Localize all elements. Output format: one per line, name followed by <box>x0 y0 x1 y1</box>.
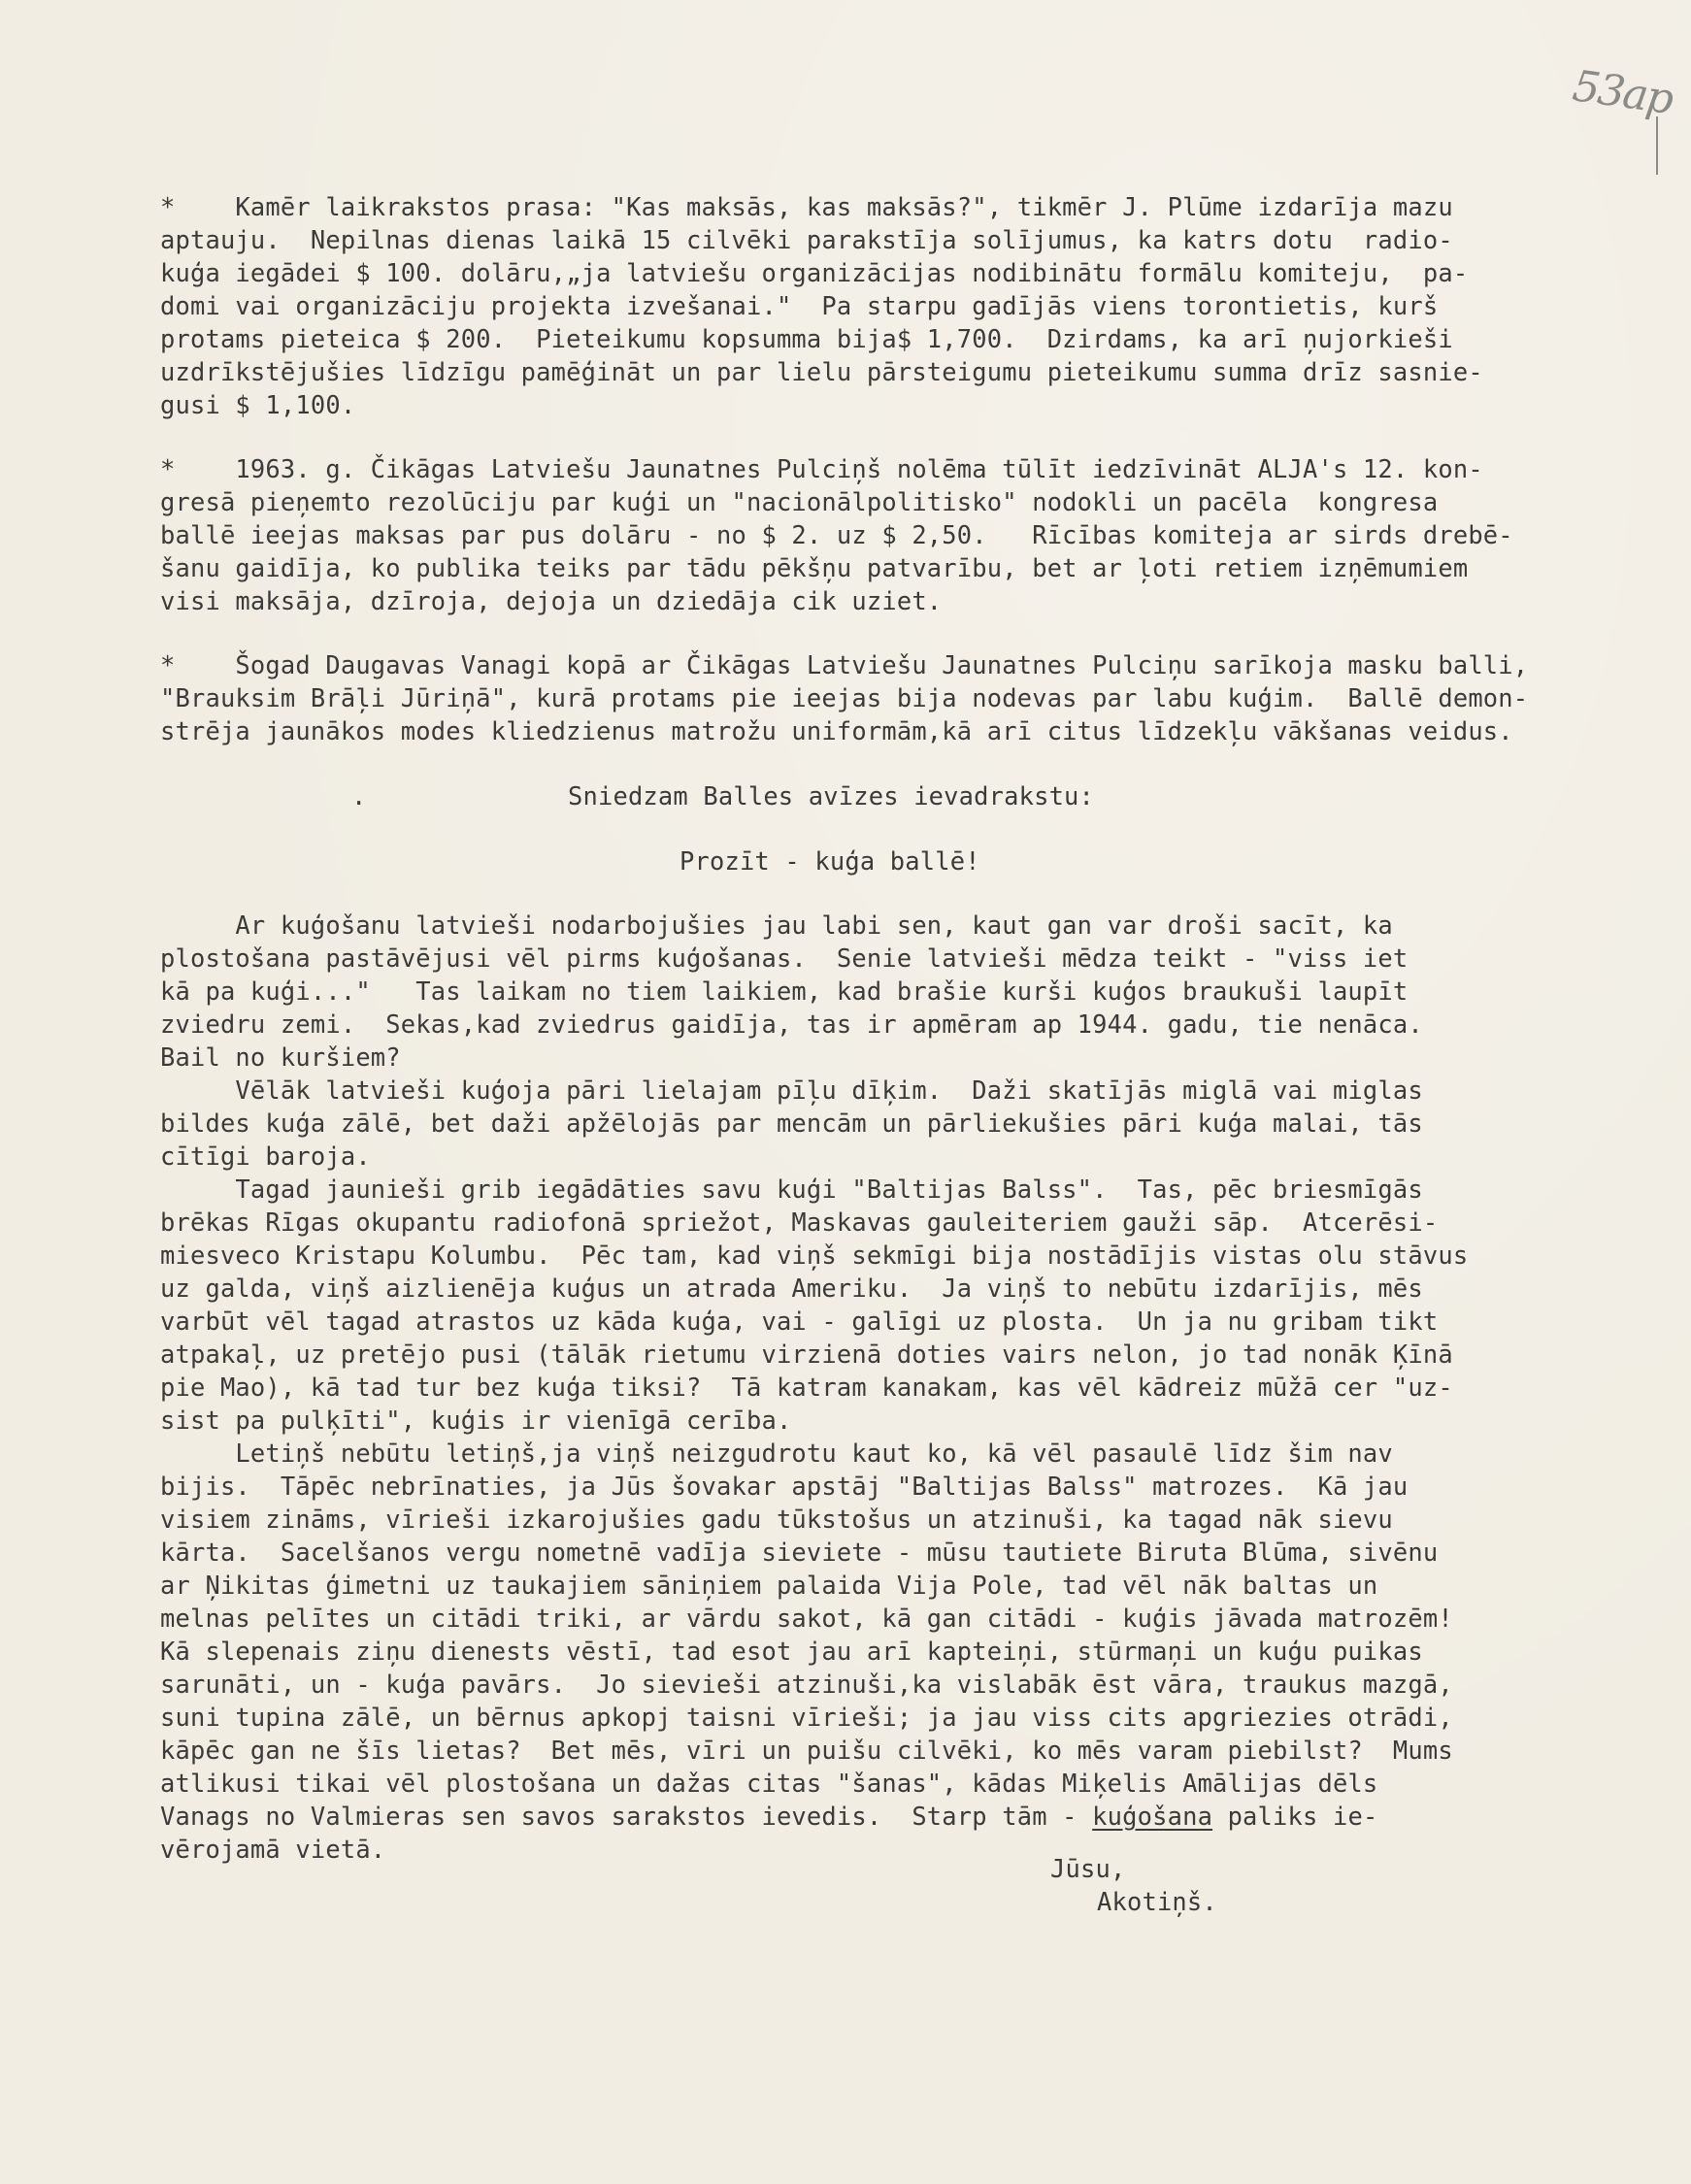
text-line: zviedru zemi. Sekas,kad zviedrus gaidīja… <box>160 1008 1423 1041</box>
note-item-1: * Kamēr laikrakstos prasa: "Kas maksās, … <box>0 0 1691 299</box>
text-line: atpakaļ, uz pretējo pusi (tālāk rietumu … <box>160 1338 1453 1371</box>
text-line: Kā slepenais ziņu dienests vēstī, tad es… <box>160 1635 1423 1668</box>
text-line: Letiņš nebūtu letiņš,ja viņš neizgudrotu… <box>160 1437 1393 1470</box>
text-line: varbūt vēl tagad atrastos uz kāda kuģa, … <box>160 1305 1438 1338</box>
text-line: "Brauksim Brāļi Jūriņā", kurā protams pi… <box>160 681 1528 714</box>
handwritten-mark-stroke <box>1656 116 1658 175</box>
text-line: kā pa kuģi..." Tas laikam no tiem laikie… <box>160 975 1408 1008</box>
closing: Jūsu, Akotiņš. <box>0 1893 1691 2026</box>
text-line: kārta. Sacelšanos vergu nometnē vadīja s… <box>160 1536 1438 1569</box>
article-title: Prozīt - kuģa ballē! <box>680 844 980 877</box>
text-line: kuģa iegādei $ 100. dolāru,„ja latviešu … <box>160 256 1468 289</box>
text-line: Ar kuģošanu latvieši nodarbojušies jau l… <box>160 909 1393 942</box>
text-line: šanu gaidīja, ko publika teiks par tādu … <box>160 551 1468 584</box>
text-line: melnas pelītes un citādi triki, ar vārdu… <box>160 1602 1453 1635</box>
text-line: plostošana pastāvējusi vēl pirms kuģošan… <box>160 942 1408 975</box>
article-body: Ar kuģošanu latvieši nodarbojušies jau l… <box>0 863 1691 1892</box>
text-line: * Šogad Daugavas Vanagi kopā ar Čikāgas … <box>160 648 1528 681</box>
signature: Akotiņš. <box>1097 1885 1217 1918</box>
text-line: miesveco Kristapu Kolumbu. Pēc tam, kad … <box>160 1239 1468 1272</box>
text-line: atlikusi tikai vēl plostošana un dažas c… <box>160 1767 1377 1800</box>
text-line: ar Ņikitas ģimetni uz taukajiem sāniņiem… <box>160 1569 1377 1602</box>
text-line: gresā pieņemto rezolūciju par kuģi un "n… <box>160 485 1438 518</box>
text-line: domi vai organizāciju projekta izvešanai… <box>160 289 1438 322</box>
text-line: visi maksāja, dzīroja, dejoja un dziedāj… <box>160 584 942 617</box>
text-line: bildes kuģa zālē, bet daži apžēlojās par… <box>160 1107 1423 1140</box>
text-line: visiem zināms, vīrieši izkarojušies gadu… <box>160 1503 1393 1536</box>
text-line: cītīgi baroja. <box>160 1140 371 1173</box>
intro-line: Sniedzam Balles avīzes ievadrakstu: <box>568 779 1094 812</box>
text-line: Vanags no Valmieras sen savos sarakstos … <box>160 1800 1377 1833</box>
text-line: brēkas Rīgas okupantu radiofonā spriežot… <box>160 1206 1438 1239</box>
text-line: * 1963. g. Čikāgas Latviešu Jaunatnes Pu… <box>160 452 1483 485</box>
text-line: * Kamēr laikrakstos prasa: "Kas maksās, … <box>160 190 1453 223</box>
stray-dot: . <box>351 779 367 812</box>
document-page: 53ap * Kamēr laikrakstos prasa: "Kas mak… <box>0 0 1691 2184</box>
text-line: Bail no kuršiem? <box>160 1041 401 1074</box>
text-line: Tagad jaunieši grib iegādāties savu kuģi… <box>160 1173 1423 1206</box>
text-segment: paliks ie- <box>1212 1802 1377 1831</box>
text-line: sist pa pulķīti", kuģis ir vienīgā cerīb… <box>160 1404 791 1437</box>
underlined-word: kuģošana <box>1092 1802 1212 1831</box>
text-line: ballē ieejas maksas par pus dolāru - no … <box>160 518 1513 551</box>
text-line: Vēlāk latvieši kuģoja pāri lielajam pīļu… <box>160 1074 1423 1107</box>
text-segment: Vanags no Valmieras sen savos sarakstos … <box>160 1802 1092 1831</box>
text-line: pie Mao), kā tad tur bez kuģa tiksi? Tā … <box>160 1371 1453 1404</box>
text-line: strēja jaunākos modes kliedzienus matrož… <box>160 714 1513 747</box>
text-line: bijis. Tāpēc nebrīnaties, ja Jūs šovakar… <box>160 1470 1408 1503</box>
text-line: uzdrīkstējušies līdzīgu pamēģināt un par… <box>160 355 1483 388</box>
text-line: kāpēc gan ne šīs lietas? Bet mēs, vīri u… <box>160 1734 1453 1767</box>
text-line: aptauju. Nepilnas dienas laikā 15 cilvēk… <box>160 223 1453 256</box>
text-line: vērojamā vietā. <box>160 1833 385 1866</box>
text-line: suni tupina zālē, un bērnus apkopj taisn… <box>160 1701 1453 1734</box>
text-line: uz galda, viņš aizlienēja kuģus un atrad… <box>160 1272 1423 1305</box>
text-line: protams pieteica $ 200. Pieteikumu kopsu… <box>160 322 1453 355</box>
text-line: sarunāti, un - kuģa pavārs. Jo sievieši … <box>160 1668 1453 1701</box>
salutation: Jūsu, <box>1050 1852 1125 1885</box>
text-line: gusi $ 1,100. <box>160 388 355 421</box>
